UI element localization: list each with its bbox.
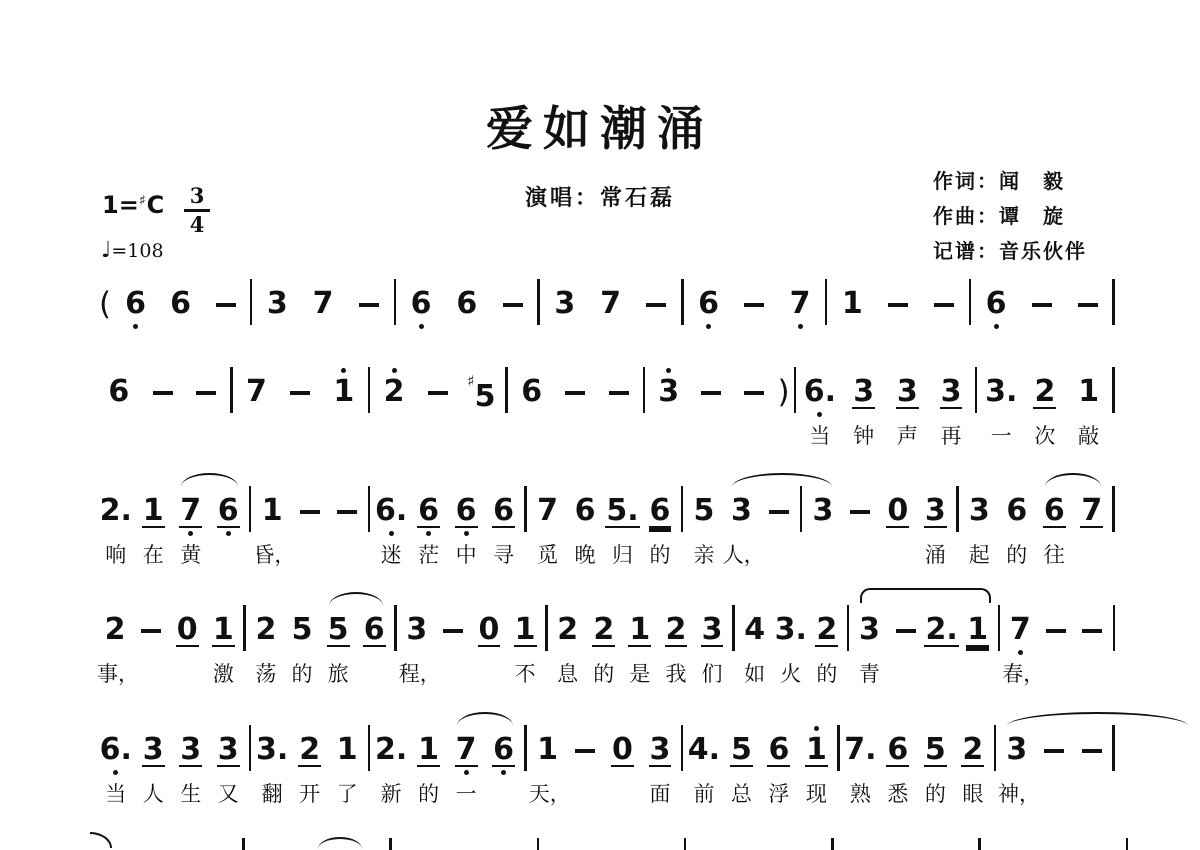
octave-dot-slot bbox=[410, 528, 447, 541]
octave-dot-slot bbox=[566, 767, 603, 780]
note-glyph bbox=[1073, 733, 1110, 767]
lyric bbox=[842, 541, 879, 571]
note-digit: 6 bbox=[217, 495, 240, 528]
duration-dash bbox=[1078, 303, 1098, 307]
octave-dot-slot bbox=[731, 275, 777, 287]
note-glyph: 1 bbox=[622, 613, 658, 647]
duration-dash bbox=[141, 629, 161, 633]
note: 3们 bbox=[694, 601, 730, 690]
note-digit: 3 bbox=[701, 614, 724, 647]
note-glyph: 6 bbox=[398, 287, 444, 321]
octave-dot-slot bbox=[1002, 647, 1038, 660]
measure: 1昏， bbox=[251, 482, 367, 571]
note-digit: 7 bbox=[1009, 614, 1032, 645]
note: 1现 bbox=[798, 721, 835, 810]
note-glyph: 3. bbox=[773, 613, 809, 647]
note bbox=[291, 482, 328, 571]
lyric: 亲 bbox=[685, 541, 722, 571]
note-glyph: 3 bbox=[885, 375, 929, 409]
note: 7一 bbox=[447, 721, 484, 810]
note-glyph: 4. bbox=[685, 733, 722, 767]
octave-dot-slot bbox=[172, 528, 209, 541]
note-digit: 6 bbox=[410, 288, 433, 319]
note: 3面 bbox=[641, 721, 678, 810]
octave-dot-slot bbox=[921, 275, 967, 287]
lyric: 是 bbox=[622, 660, 658, 690]
note-digit: 7 bbox=[312, 288, 335, 319]
note-digit: 6 bbox=[492, 495, 515, 528]
note: 6晚 bbox=[566, 482, 603, 571]
note-digit: 2 bbox=[961, 734, 984, 767]
note-glyph: 6 bbox=[444, 287, 490, 321]
note-glyph: 6 bbox=[973, 287, 1019, 321]
note-digit: 4 bbox=[743, 614, 766, 645]
note-digit: 2 bbox=[815, 614, 838, 647]
lyric: 人， bbox=[723, 541, 760, 571]
note-glyph: 6. bbox=[97, 733, 134, 767]
note-glyph: 2 bbox=[1023, 375, 1067, 409]
duration-dash bbox=[769, 510, 789, 514]
lyric: 响 bbox=[97, 541, 134, 571]
measure: 6 bbox=[95, 363, 230, 452]
octave-dot-slot bbox=[320, 647, 356, 660]
octave-dot-slot bbox=[641, 767, 678, 780]
octave-dot-slot bbox=[471, 647, 507, 660]
octave-dot-slot bbox=[690, 409, 733, 422]
note-glyph: 7 bbox=[300, 287, 346, 321]
octave-dot-slot bbox=[372, 767, 409, 780]
octave-dot-slot bbox=[97, 528, 134, 541]
lyric: 往 bbox=[1036, 541, 1073, 571]
note: 7黄 bbox=[172, 482, 209, 571]
note-digit: 7 bbox=[789, 288, 812, 319]
lyric: 如 bbox=[737, 660, 773, 690]
note-glyph: 4 bbox=[737, 613, 773, 647]
octave-dot-slot bbox=[346, 321, 392, 334]
note-digit: 2 bbox=[556, 614, 579, 645]
note: 2次 bbox=[1023, 363, 1067, 452]
note-glyph: 3 bbox=[842, 375, 886, 409]
octave-dot-slot bbox=[879, 528, 916, 541]
note: 1是 bbox=[622, 601, 658, 690]
note-glyph: 0 bbox=[471, 613, 507, 647]
note-glyph: 6. bbox=[372, 494, 409, 528]
octave-dot-slot bbox=[885, 409, 929, 422]
time-numerator: 3 bbox=[184, 184, 210, 208]
note-glyph: 3 bbox=[542, 287, 588, 321]
octave-dot-slot bbox=[1019, 275, 1065, 287]
note-digit: 1 bbox=[514, 614, 537, 647]
measure: 6 bbox=[508, 363, 643, 452]
system-row: 6.当3人3生3又3.翻2开1了2.新1的7一61天，03面4.前5总6浮1现7… bbox=[95, 707, 1115, 810]
octave-dot-slot bbox=[979, 409, 1023, 422]
high-octave-dot bbox=[814, 726, 819, 731]
lyric bbox=[553, 422, 597, 452]
octave-dot-slot bbox=[566, 721, 603, 733]
note-digit: 3 bbox=[896, 376, 919, 409]
note: 6.当 bbox=[798, 363, 842, 452]
note-digit: 1 bbox=[332, 376, 355, 407]
octave-dot-slot bbox=[447, 528, 484, 541]
lyric: 寻 bbox=[485, 541, 522, 571]
note-glyph: 3 bbox=[254, 287, 300, 321]
octave-dot-slot bbox=[113, 321, 158, 334]
lyric bbox=[647, 422, 690, 452]
note bbox=[328, 482, 365, 571]
lyric bbox=[291, 541, 328, 571]
tie-bracket bbox=[860, 588, 990, 603]
note-glyph: 3 bbox=[694, 613, 730, 647]
note: 2的 bbox=[809, 601, 845, 690]
low-octave-dot bbox=[113, 770, 118, 775]
note-glyph: 2 bbox=[248, 613, 284, 647]
note bbox=[690, 363, 733, 452]
note-glyph: ♯5 bbox=[460, 375, 504, 409]
duration-dash bbox=[575, 749, 595, 753]
note-glyph: 0 bbox=[879, 494, 916, 528]
note-digit: 6 bbox=[697, 288, 720, 319]
sharp-icon: ♯ bbox=[467, 372, 474, 390]
lyric bbox=[960, 660, 996, 690]
octave-dot-slot bbox=[1074, 601, 1110, 613]
octave-dot-slot bbox=[253, 528, 290, 541]
note-glyph: 3 bbox=[961, 494, 998, 528]
note-digit: 3 bbox=[649, 734, 672, 767]
note: 1的 bbox=[410, 721, 447, 810]
duration-dash bbox=[1032, 303, 1052, 307]
octave-dot-slot bbox=[723, 767, 760, 780]
duration-dash bbox=[216, 303, 236, 307]
note-glyph: 6 bbox=[760, 733, 797, 767]
note-glyph bbox=[291, 494, 328, 528]
octave-dot-slot bbox=[1073, 767, 1110, 780]
note-glyph: 7 bbox=[172, 494, 209, 528]
note-digit: 3 bbox=[142, 734, 165, 767]
low-octave-dot bbox=[501, 770, 506, 775]
note-glyph: 6 bbox=[97, 375, 141, 409]
note-glyph: 2. bbox=[372, 733, 409, 767]
note-glyph: 3 bbox=[804, 494, 841, 528]
note: 2.响 bbox=[97, 482, 134, 571]
duration-dash bbox=[443, 629, 463, 633]
lyric bbox=[169, 660, 205, 690]
note-digit: 1 bbox=[1077, 376, 1100, 407]
lyric: 起 bbox=[961, 541, 998, 571]
octave-dot-slot bbox=[879, 767, 916, 780]
octave-dot-slot bbox=[328, 482, 365, 494]
lyric bbox=[1038, 660, 1074, 690]
octave-dot-slot bbox=[97, 409, 141, 422]
note-glyph: 7 bbox=[1002, 613, 1038, 647]
measure: 2♯5 bbox=[370, 363, 505, 452]
low-octave-dot bbox=[706, 324, 711, 329]
octave-dot-slot bbox=[205, 647, 241, 660]
note: 6茫 bbox=[410, 482, 447, 571]
note-glyph bbox=[553, 375, 597, 409]
low-octave-dot bbox=[426, 531, 431, 536]
octave-dot-slot bbox=[658, 647, 694, 660]
note-glyph: 6 bbox=[485, 733, 522, 767]
note-glyph: 3 bbox=[209, 733, 246, 767]
lyric: 再 bbox=[929, 422, 973, 452]
measure: 303涌 bbox=[802, 482, 956, 571]
note: 6 bbox=[356, 601, 392, 690]
measure: 6.当3人3生3又 bbox=[95, 721, 249, 810]
note: 3声 bbox=[885, 363, 929, 452]
note: 7觅 bbox=[529, 482, 566, 571]
octave-dot-slot bbox=[444, 321, 490, 334]
note: 2开 bbox=[291, 721, 328, 810]
lyric bbox=[879, 541, 916, 571]
measure: 6.迷6茫6中6寻 bbox=[370, 482, 524, 571]
lyric: 的 bbox=[410, 780, 447, 810]
note: 6.当 bbox=[97, 721, 134, 810]
octave-dot-slot bbox=[829, 321, 875, 334]
note-digit: 7 bbox=[179, 495, 202, 528]
note-digit: 5 bbox=[693, 495, 716, 526]
note: 5的 bbox=[917, 721, 954, 810]
octave-dot-slot bbox=[842, 409, 886, 422]
sharp-icon: ♯ bbox=[139, 193, 146, 209]
octave-dot-slot bbox=[507, 647, 543, 660]
note-digit: 3 bbox=[968, 495, 991, 526]
note: 2 bbox=[372, 363, 416, 452]
lyric bbox=[566, 780, 603, 810]
octave-dot-slot bbox=[597, 409, 641, 422]
octave-dot-slot bbox=[960, 647, 996, 660]
lyric: 春， bbox=[1002, 660, 1038, 690]
note-glyph: 1 bbox=[1067, 375, 1111, 409]
lyric bbox=[804, 541, 841, 571]
lyric: 事， bbox=[97, 660, 133, 690]
note-glyph bbox=[1065, 287, 1111, 321]
low-octave-dot bbox=[464, 531, 469, 536]
note-glyph bbox=[1074, 613, 1110, 647]
lyric: 当 bbox=[798, 422, 842, 452]
note: 2. bbox=[924, 601, 960, 690]
lyric: 熟 bbox=[842, 780, 879, 810]
measure: 71 bbox=[233, 363, 368, 452]
time-signature: 3 4 bbox=[184, 184, 210, 237]
note bbox=[553, 363, 597, 452]
note-glyph: 2 bbox=[586, 613, 622, 647]
octave-dot-slot bbox=[158, 321, 203, 334]
lyric: 次 bbox=[1023, 422, 1067, 452]
low-octave-dot bbox=[133, 324, 138, 329]
octave-dot-slot bbox=[776, 409, 792, 422]
octave-dot-slot bbox=[1067, 409, 1111, 422]
note-digit: 6 bbox=[767, 734, 790, 767]
note-glyph: 1 bbox=[205, 613, 241, 647]
note-glyph: 6 bbox=[510, 375, 554, 409]
note-digit: 6 bbox=[169, 288, 192, 319]
note-digit: 3 bbox=[924, 495, 947, 528]
lyric: 新 bbox=[372, 780, 409, 810]
octave-dot-slot bbox=[542, 321, 588, 334]
note-digit: 3 bbox=[852, 376, 875, 409]
music-system: 6.当3人3生3又3.翻2开1了2.新1的7一61天，03面4.前5总6浮1现7… bbox=[95, 707, 1115, 807]
barline bbox=[1112, 279, 1115, 325]
note-digit: 3. bbox=[255, 734, 289, 765]
lyric: 一 bbox=[447, 780, 484, 810]
octave-dot-slot bbox=[133, 601, 169, 613]
quarter-note-icon: ♩ bbox=[101, 238, 111, 263]
note-glyph: 7 bbox=[529, 494, 566, 528]
note: 3.翻 bbox=[253, 721, 290, 810]
note-digit: 2 bbox=[254, 614, 277, 645]
note-digit: 6. bbox=[374, 495, 408, 526]
lyric: 又 bbox=[209, 780, 246, 810]
lyric: 涌 bbox=[917, 541, 954, 571]
lyric: 当 bbox=[97, 780, 134, 810]
octave-dot-slot bbox=[1036, 528, 1073, 541]
note: 3青 bbox=[851, 601, 887, 690]
lyric: 黄 bbox=[172, 541, 209, 571]
note-digit: 6. bbox=[99, 734, 133, 765]
note: 2息 bbox=[550, 601, 586, 690]
sheet-music-page: 爱如潮涌 演唱：常石磊 作词：闻 毅 作曲：谭 旋 记谱：音乐伙伴 1=♯C 3… bbox=[0, 0, 1200, 850]
duration-dash bbox=[503, 303, 523, 307]
note-glyph bbox=[731, 287, 777, 321]
low-octave-dot bbox=[188, 531, 193, 536]
measure: 2荡5的5旅6 bbox=[246, 601, 394, 690]
note-digit: 3 bbox=[179, 734, 202, 767]
lyric: 程， bbox=[399, 660, 435, 690]
note: 7 bbox=[1073, 482, 1110, 571]
lyric bbox=[1073, 780, 1110, 810]
note-glyph: ( bbox=[97, 287, 113, 321]
lyric bbox=[733, 422, 776, 452]
octave-dot-slot bbox=[929, 409, 973, 422]
note-digit: 7 bbox=[599, 288, 622, 319]
note-digit: 0 bbox=[176, 614, 199, 647]
lyric: 茫 bbox=[410, 541, 447, 571]
octave-dot-slot bbox=[694, 647, 730, 660]
octave-dot-slot bbox=[410, 767, 447, 780]
octave-dot-slot bbox=[685, 528, 722, 541]
measure: 2.响1在7黄6 bbox=[95, 482, 249, 571]
note-glyph: 5. bbox=[604, 494, 641, 528]
note-digit: 5 bbox=[924, 734, 947, 767]
note-glyph: 1 bbox=[507, 613, 543, 647]
octave-dot-slot bbox=[723, 528, 760, 541]
octave-dot-slot bbox=[254, 321, 300, 334]
note-glyph: 6 bbox=[998, 494, 1035, 528]
note-glyph bbox=[887, 613, 923, 647]
note-glyph: 6 bbox=[158, 287, 203, 321]
note-digit: ) bbox=[777, 377, 791, 408]
note-digit: 2. bbox=[924, 614, 958, 647]
octave-dot-slot bbox=[1074, 647, 1110, 660]
octave-dot-slot bbox=[97, 767, 134, 780]
note: 1了 bbox=[328, 721, 365, 810]
octave-dot-slot bbox=[284, 647, 320, 660]
octave-dot-slot bbox=[134, 528, 171, 541]
note-glyph: 3 bbox=[641, 733, 678, 767]
duration-dash bbox=[701, 391, 721, 395]
octave-dot-slot bbox=[435, 647, 471, 660]
note-glyph: 7 bbox=[588, 287, 634, 321]
note-glyph bbox=[1019, 287, 1065, 321]
note-glyph bbox=[875, 287, 921, 321]
lyric bbox=[322, 422, 366, 452]
octave-dot-slot bbox=[97, 321, 113, 334]
octave-dot-slot bbox=[961, 528, 998, 541]
note: 3生 bbox=[172, 721, 209, 810]
note-glyph: 6 bbox=[485, 494, 522, 528]
octave-dot-slot bbox=[921, 321, 967, 334]
measure: 3.翻2开1了 bbox=[251, 721, 367, 810]
lyric: 浮 bbox=[760, 780, 797, 810]
note-glyph: 6 bbox=[879, 733, 916, 767]
measure: 3) bbox=[645, 363, 793, 452]
octave-dot-slot bbox=[372, 528, 409, 541]
note-glyph: 6 bbox=[641, 494, 678, 528]
duration-dash bbox=[744, 303, 764, 307]
low-octave-dot bbox=[419, 324, 424, 329]
note-digit: 2. bbox=[374, 734, 408, 765]
measure: 7春， bbox=[1000, 601, 1112, 690]
octave-dot-slot bbox=[760, 528, 797, 541]
lyric bbox=[1073, 541, 1110, 571]
note-glyph: 3 bbox=[172, 733, 209, 767]
lyric: 总 bbox=[723, 780, 760, 810]
note: 4.前 bbox=[685, 721, 722, 810]
duration-dash bbox=[934, 303, 954, 307]
note: 1 bbox=[960, 601, 996, 690]
note-glyph: 1 bbox=[960, 613, 996, 647]
duration-dash bbox=[1082, 629, 1102, 633]
note-digit: 2 bbox=[665, 614, 688, 647]
note-digit: 6 bbox=[417, 495, 440, 528]
note bbox=[760, 482, 797, 571]
note-digit: 1 bbox=[336, 734, 359, 765]
lyric: 翻 bbox=[253, 780, 290, 810]
note: 2眼 bbox=[954, 721, 991, 810]
lyric bbox=[1036, 780, 1073, 810]
lyric: 悉 bbox=[879, 780, 916, 810]
lyric: 的 bbox=[917, 780, 954, 810]
note-glyph bbox=[328, 494, 365, 528]
measure: 2息2的1是2我3们 bbox=[548, 601, 732, 690]
note-glyph: 1 bbox=[328, 733, 365, 767]
note: 1 bbox=[322, 363, 366, 452]
lyric: 息 bbox=[550, 660, 586, 690]
note bbox=[1036, 721, 1073, 810]
note-glyph: 3. bbox=[979, 375, 1023, 409]
lyric: 们 bbox=[694, 660, 730, 690]
note: 6 bbox=[209, 482, 246, 571]
octave-dot-slot bbox=[399, 647, 435, 660]
octave-dot-slot bbox=[141, 409, 185, 422]
note: 4如 bbox=[737, 601, 773, 690]
note-digit: 6. bbox=[803, 376, 837, 407]
lyric: 晚 bbox=[566, 541, 603, 571]
lyric bbox=[776, 422, 792, 452]
octave-dot-slot bbox=[887, 647, 923, 660]
note-digit: 6 bbox=[1005, 495, 1028, 526]
note-digit: 3 bbox=[940, 376, 963, 409]
low-octave-dot bbox=[226, 531, 231, 536]
note-glyph: 6 bbox=[209, 494, 246, 528]
barline-tip bbox=[389, 838, 392, 850]
lyric: 神， bbox=[998, 780, 1035, 810]
barline bbox=[1112, 725, 1115, 771]
note-glyph: 6 bbox=[1036, 494, 1073, 528]
note bbox=[597, 363, 641, 452]
note-glyph: 3 bbox=[929, 375, 973, 409]
lyric bbox=[597, 422, 641, 452]
